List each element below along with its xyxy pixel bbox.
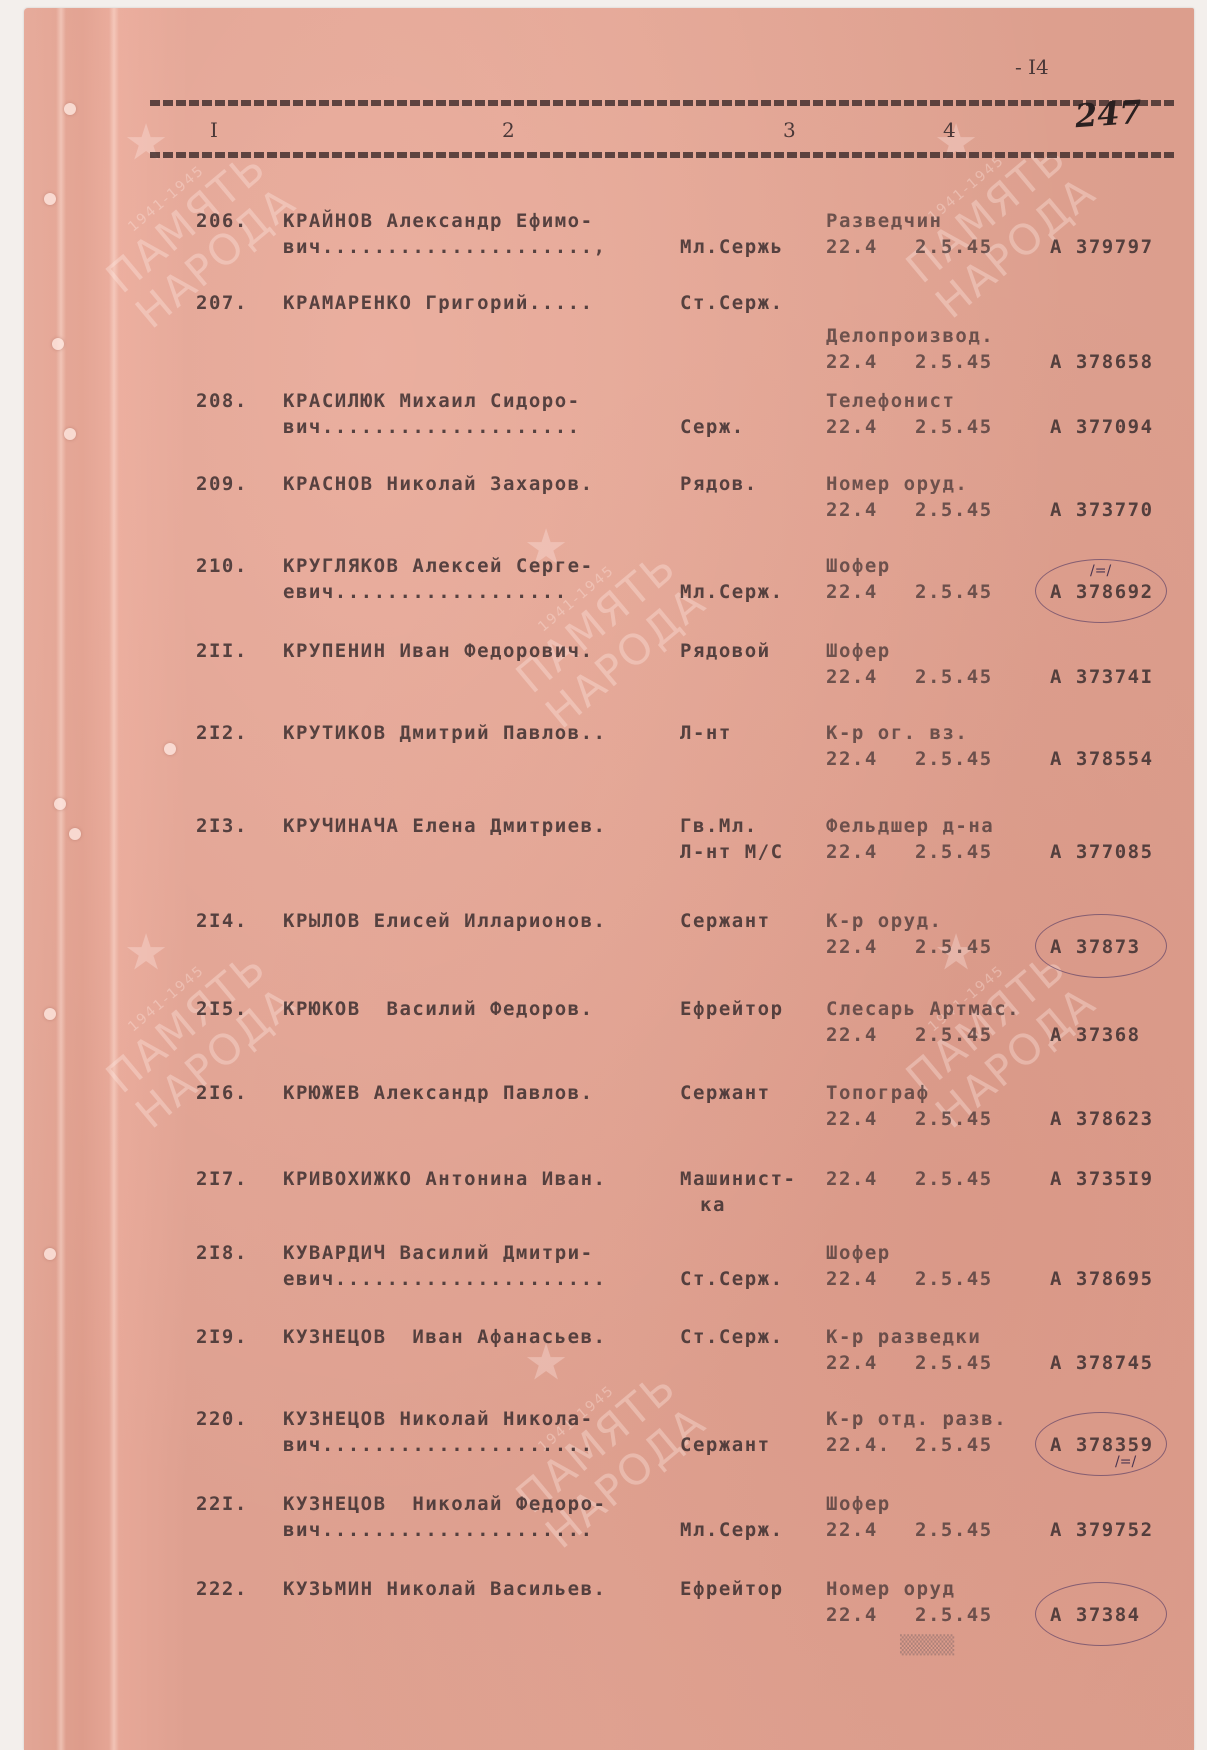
punch-hole — [64, 428, 76, 440]
entry-certificate-number: А 37368 — [1050, 1024, 1141, 1046]
entry-rank: Рядов. — [680, 473, 758, 495]
entry-rank-cont: Л-нт М/С — [680, 841, 784, 863]
entry-date-from: 22.4 — [826, 1352, 878, 1374]
punch-hole — [164, 743, 176, 755]
entry-date-from: 22.4 — [826, 841, 878, 863]
entry-rank-cont: ка — [700, 1194, 726, 1216]
column-header-1: I — [210, 118, 218, 142]
faded-stamp: ▒▒▒▒▒ — [900, 1635, 954, 1656]
entry-date-to: 2.5.45 — [915, 666, 993, 688]
entry-rank: Ст.Серж. — [680, 1326, 784, 1348]
entry-date-to: 2.5.45 — [915, 1024, 993, 1046]
entry-number: 2I7. — [196, 1168, 248, 1190]
entry-date-from: 22.4 — [826, 1108, 878, 1130]
column-header-3: 3 — [783, 118, 796, 142]
entry-certificate-number: А 378554 — [1050, 748, 1154, 770]
entry-position: К-р оруд. — [826, 910, 942, 932]
entry-certificate-number: А 378658 — [1050, 351, 1154, 373]
entry-date-to: 2.5.45 — [915, 936, 993, 958]
entry-number: 2I3. — [196, 815, 248, 837]
punch-hole — [52, 338, 64, 350]
entry-rank: Ефрейтор — [680, 1578, 784, 1600]
entry-date-from: 22.4 — [826, 936, 878, 958]
entry-certificate-number: А 373770 — [1050, 499, 1154, 521]
entry-date-to: 2.5.45 — [915, 1168, 993, 1190]
handwritten-circle-mark — [1035, 1412, 1167, 1476]
entry-date-to: 2.5.45 — [915, 1352, 993, 1374]
entry-date-to: 2.5.45 — [915, 416, 993, 438]
handwritten-circle-mark — [1035, 914, 1167, 978]
entry-date-from: 22.4. — [826, 1434, 891, 1456]
page-number: - I4 — [1015, 55, 1049, 79]
handwritten-folio-number: 247 — [1074, 93, 1143, 136]
entry-date-from: 22.4 — [826, 236, 878, 258]
document-page — [24, 8, 1194, 1750]
entry-number: 222. — [196, 1578, 248, 1600]
entry-name: КРУЧИНАЧА Елена Дмитриев. — [283, 815, 606, 837]
handwritten-note: /=/ — [1090, 563, 1111, 579]
paper-fold — [109, 8, 119, 1750]
entry-rank: Гв.Мл. — [680, 815, 758, 837]
entry-position: Номер оруд — [826, 1578, 955, 1600]
entry-certificate-number: А 379752 — [1050, 1519, 1154, 1541]
handwritten-circle-mark — [1035, 1582, 1167, 1646]
entry-position: Шофер — [826, 640, 891, 662]
entry-number: 2I8. — [196, 1242, 248, 1264]
column-header-2: 2 — [502, 118, 515, 142]
entry-number: 2II. — [196, 640, 248, 662]
entry-date-to: 2.5.45 — [915, 351, 993, 373]
punch-hole — [44, 1008, 56, 1020]
entry-rank: Мл.Сержь — [680, 236, 784, 258]
entry-rank: Сержант — [680, 1082, 771, 1104]
punch-hole — [64, 103, 76, 115]
entry-rank: Серж. — [680, 416, 745, 438]
entry-certificate-number: А 378745 — [1050, 1352, 1154, 1374]
entry-certificate-number: А 37374I — [1050, 666, 1154, 688]
entry-name: КУВАРДИЧ Василий Дмитри- — [283, 1242, 594, 1264]
entry-number: 2I4. — [196, 910, 248, 932]
entry-rank: Рядовой — [680, 640, 771, 662]
entry-name: КУЗНЕЦОВ Иван Афанасьев. — [283, 1326, 606, 1348]
entry-position: К-р разведки — [826, 1326, 981, 1348]
entry-date-from: 22.4 — [826, 748, 878, 770]
entry-date-to: 2.5.45 — [915, 1108, 993, 1130]
entry-number: 2I5. — [196, 998, 248, 1020]
entry-date-from: 22.4 — [826, 351, 878, 373]
entry-position: Номер оруд. — [826, 473, 968, 495]
entry-number: 22I. — [196, 1493, 248, 1515]
entry-name-cont: евич..................... — [283, 1268, 606, 1290]
entry-date-from: 22.4 — [826, 1024, 878, 1046]
entry-name: КРУПЕНИН Иван Федорович. — [283, 640, 594, 662]
entry-rank: Ст.Серж. — [680, 292, 784, 314]
entry-rank: Ст.Серж. — [680, 1268, 784, 1290]
entry-name: КРУТИКОВ Дмитрий Павлов.. — [283, 722, 606, 744]
entry-name: КРАСНОВ Николай Захаров. — [283, 473, 594, 495]
entry-date-to: 2.5.45 — [915, 1434, 993, 1456]
entry-rank: Машинист- — [680, 1168, 796, 1190]
entry-certificate-number: А 378623 — [1050, 1108, 1154, 1130]
entry-position: Шофер — [826, 1242, 891, 1264]
entry-name: КРАМАРЕНКО Григорий..... — [283, 292, 594, 314]
entry-name: КРИВОХИЖКО Антонина Иван. — [283, 1168, 606, 1190]
punch-hole — [44, 193, 56, 205]
entry-position: Фельдшер д-на — [826, 815, 994, 837]
entry-number: 206. — [196, 210, 248, 232]
handwritten-note: /=/ — [1115, 1454, 1136, 1470]
entry-date-from: 22.4 — [826, 416, 878, 438]
entry-number: 207. — [196, 292, 248, 314]
entry-rank: Л-нт — [680, 722, 732, 744]
entry-date-to: 2.5.45 — [915, 1519, 993, 1541]
entry-certificate-number: А 377094 — [1050, 416, 1154, 438]
entry-date-from: 22.4 — [826, 1604, 878, 1626]
entry-certificate-number: А 377085 — [1050, 841, 1154, 863]
entry-name: КРУГЛЯКОВ Алексей Серге- — [283, 555, 594, 577]
entry-date-from: 22.4 — [826, 499, 878, 521]
header-rule-bottom — [150, 152, 1175, 158]
column-header-4: 4 — [943, 118, 956, 142]
entry-name-cont: вич..................... — [283, 1519, 594, 1541]
entry-position: К-р ог. вз. — [826, 722, 968, 744]
entry-date-from: 22.4 — [826, 666, 878, 688]
entry-name: КУЗНЕЦОВ Николай Никола- — [283, 1408, 594, 1430]
entry-position: Шофер — [826, 555, 891, 577]
entry-date-to: 2.5.45 — [915, 748, 993, 770]
entry-number: 2I2. — [196, 722, 248, 744]
entry-number: 208. — [196, 390, 248, 412]
entry-position: Делопроизвод. — [826, 325, 994, 347]
entry-rank: Сержант — [680, 910, 771, 932]
entry-certificate-number: А 379797 — [1050, 236, 1154, 258]
punch-hole — [44, 1248, 56, 1260]
entry-date-to: 2.5.45 — [915, 841, 993, 863]
entry-number: 209. — [196, 473, 248, 495]
entry-certificate-number: А 378695 — [1050, 1268, 1154, 1290]
entry-date-to: 2.5.45 — [915, 499, 993, 521]
paper-fold — [56, 8, 66, 1750]
entry-rank: Сержант — [680, 1434, 771, 1456]
entry-date-from: 22.4 — [826, 1519, 878, 1541]
entry-name: КУЗЬМИН Николай Васильев. — [283, 1578, 606, 1600]
entry-name: КРЮКОВ Василий Федоров. — [283, 998, 594, 1020]
entry-name-cont: вич.................... — [283, 416, 581, 438]
entry-position: Разведчин — [826, 210, 942, 232]
entry-number: 2I9. — [196, 1326, 248, 1348]
punch-hole — [54, 798, 66, 810]
punch-hole — [69, 828, 81, 840]
entry-date-to: 2.5.45 — [915, 1604, 993, 1626]
entry-name-cont: вич....................., — [283, 236, 606, 258]
entry-date-from: 22.4 — [826, 1168, 878, 1190]
entry-position: Слесарь Артмас. — [826, 998, 1020, 1020]
entry-name-cont: вич..................... — [283, 1434, 594, 1456]
entry-rank: Мл.Серж. — [680, 581, 784, 603]
entry-rank: Мл.Серж. — [680, 1519, 784, 1541]
entry-certificate-number: А 3735I9 — [1050, 1168, 1154, 1190]
entry-date-from: 22.4 — [826, 1268, 878, 1290]
entry-name-cont: евич.................. — [283, 581, 568, 603]
entry-position: К-р отд. разв. — [826, 1408, 1007, 1430]
entry-rank: Ефрейтор — [680, 998, 784, 1020]
entry-number: 220. — [196, 1408, 248, 1430]
entry-position: Топограф — [826, 1082, 930, 1104]
entry-date-to: 2.5.45 — [915, 581, 993, 603]
entry-number: 210. — [196, 555, 248, 577]
entry-position: Шофер — [826, 1493, 891, 1515]
entry-name: КРЫЛОВ Елисей Илларионов. — [283, 910, 606, 932]
entry-name: КУЗНЕЦОВ Николай Федоро- — [283, 1493, 606, 1515]
entry-position: Телефонист — [826, 390, 955, 412]
entry-date-from: 22.4 — [826, 581, 878, 603]
entry-name: КРЮЖЕВ Александр Павлов. — [283, 1082, 594, 1104]
entry-number: 2I6. — [196, 1082, 248, 1104]
entry-name: КРАЙНОВ Александр Ефимо- — [283, 210, 594, 232]
entry-date-to: 2.5.45 — [915, 236, 993, 258]
header-rule-top — [150, 100, 1175, 106]
entry-name: КРАСИЛЮК Михаил Сидоро- — [283, 390, 581, 412]
entry-date-to: 2.5.45 — [915, 1268, 993, 1290]
